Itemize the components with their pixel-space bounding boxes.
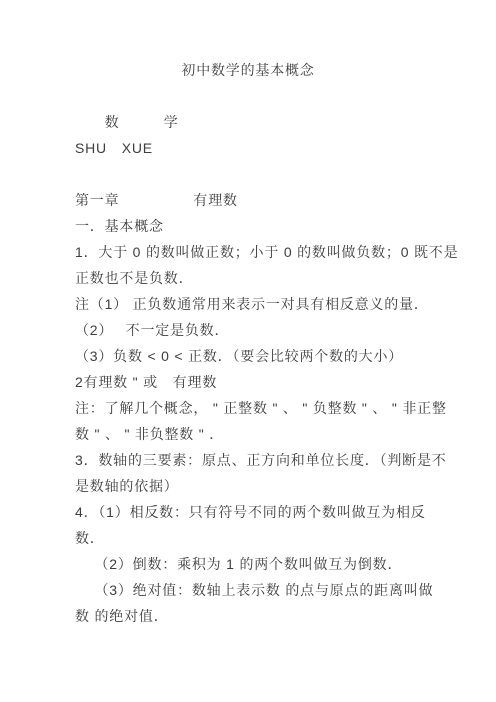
text-line: 数． [0,525,496,551]
document-body: 数 学SHU XUE 第一章 有理数一．基本概念1．大于 0 的数叫做正数；小于… [0,83,496,629]
text-line: 是数轴的依据） [0,473,496,499]
text-line: 注：了解几个概念， " 正整数 " 、 " 负整数 " 、 " 非正整 [0,395,496,421]
text-line: 正数也不是负数． [0,265,496,291]
text-line: （3）绝对值：数轴上表示数 的点与原点的距离叫做 [0,577,496,603]
text-line: 注（1） 正负数通常用来表示一对具有相反意义的量． [0,291,496,317]
blank-line [0,161,496,187]
text-line: （2） 不一定是负数． [0,317,496,343]
text-line: 1．大于 0 的数叫做正数；小于 0 的数叫做负数；0 既不是 [0,239,496,265]
text-line: 一．基本概念 [0,213,496,239]
document-title: 初中数学的基本概念 [0,57,496,83]
text-line: SHU XUE [0,135,496,161]
text-line: 数 的绝对值． [0,603,496,629]
text-line: 数 学 [0,109,496,135]
text-line: （3）负数 < 0 < 正数．（要会比较两个数的大小） [0,343,496,369]
document-page: 初中数学的基本概念 数 学SHU XUE 第一章 有理数一．基本概念1．大于 0… [0,0,496,702]
text-line: 4．（1）相反数：只有符号不同的两个数叫做互为相反 [0,499,496,525]
text-line: 数 " 、 " 非负整数 " ． [0,421,496,447]
text-line: 3．数轴的三要素：原点、正方向和单位长度．（判断是不 [0,447,496,473]
text-line: （2）倒数：乘积为 1 的两个数叫做互为倒数． [0,551,496,577]
text-line: 第一章 有理数 [0,187,496,213]
blank-line [0,83,496,109]
text-line: 2有理数 " 或 有理数 [0,369,496,395]
